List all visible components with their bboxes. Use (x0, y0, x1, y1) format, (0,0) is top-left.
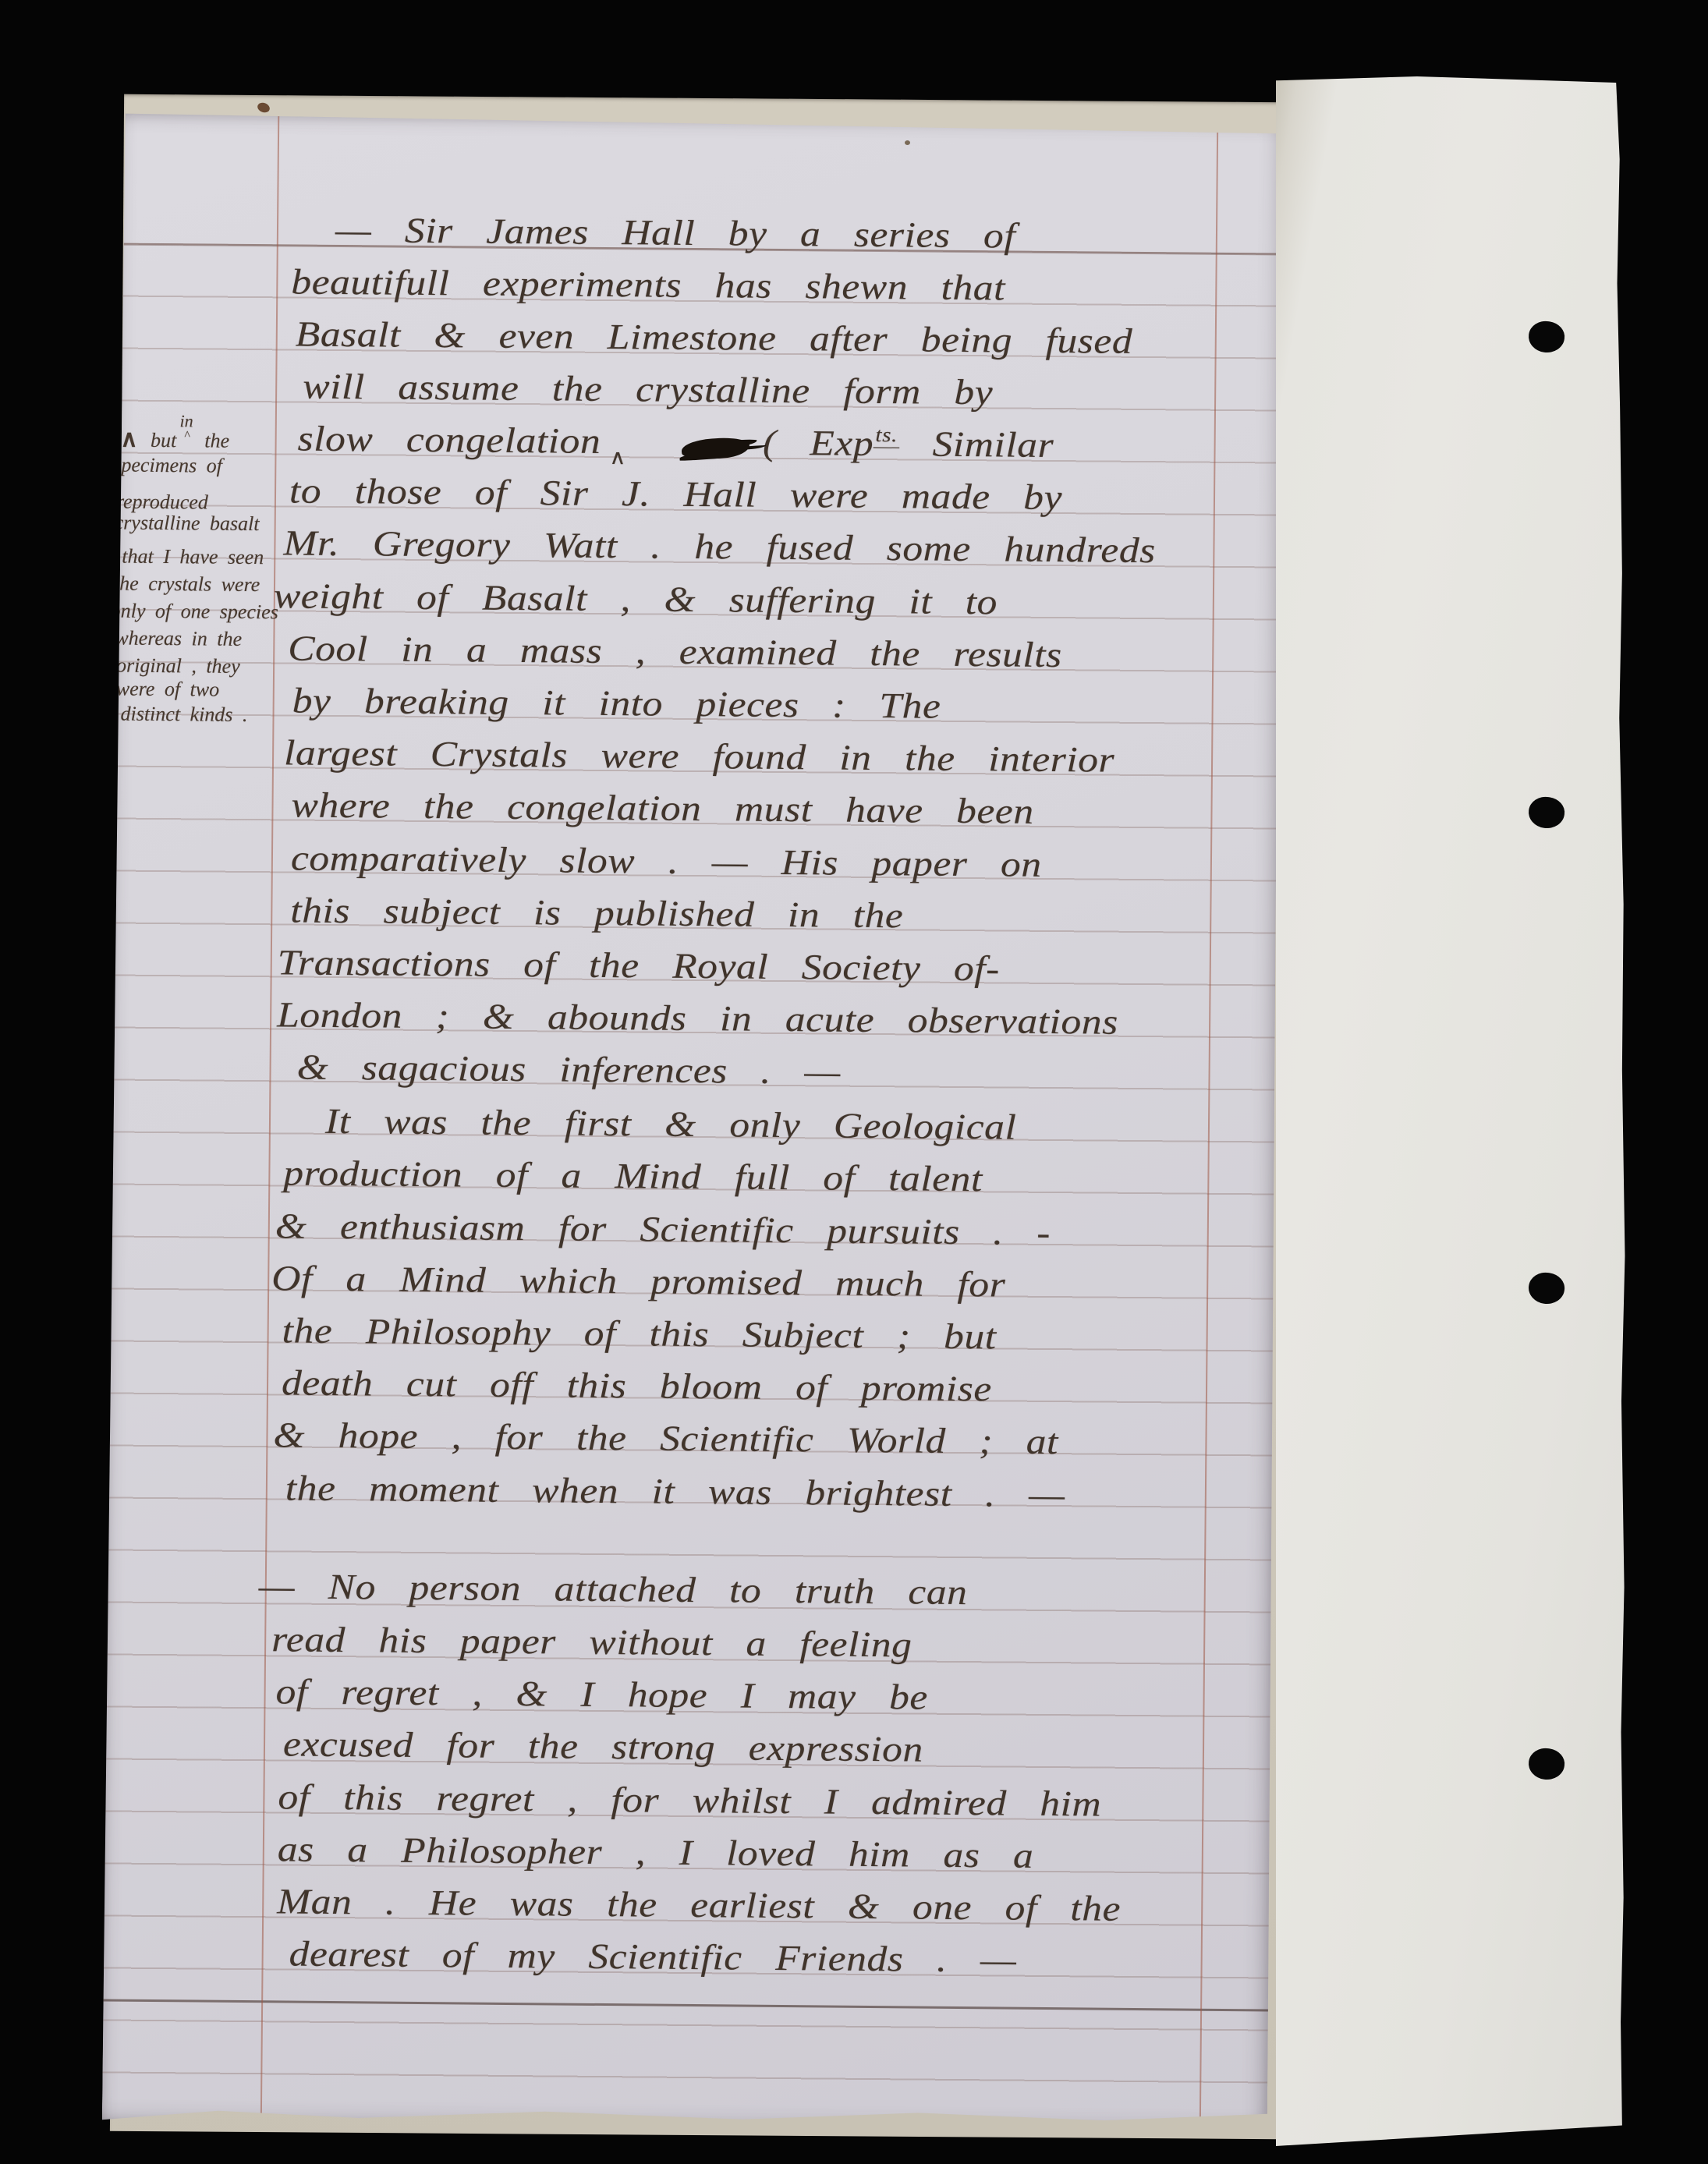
manuscript-line-13: comparatively slow . — His paper on (291, 837, 1042, 884)
superscript-abbreviation: ts. (873, 423, 899, 448)
manuscript-line-25: the moment when it was brightest . — (285, 1467, 1065, 1515)
manuscript-line-17: & sagacious inferences . — (296, 1047, 841, 1093)
insertion-caret: ∧ (609, 446, 626, 469)
manuscript-line-26: — No person attached to truth can (259, 1565, 968, 1613)
manuscript-line-24: & hope , for the Scientific World ; at (273, 1414, 1058, 1462)
manuscript-line-15: Transactions of the Royal Society of- (278, 941, 1001, 989)
manuscript-text: — Sir James Hall by a series ofbeautiful… (102, 114, 1285, 2134)
manuscript-line-14: this subject is published in the (290, 889, 903, 936)
manuscript-line-32: Man . He was the earliest & one of the (277, 1880, 1121, 1928)
manuscript-line-10: by breaking it into pieces : The (292, 679, 941, 726)
manuscript-line-33: dearest of my Scientific Friends . — (289, 1933, 1016, 1981)
manuscript-line-16: London ; & abounds in acute observations (277, 993, 1118, 1042)
manuscript-line-1: — Sir James Hall by a series of (335, 209, 1016, 257)
manuscript-line-19: production of a Mind full of talent (283, 1152, 983, 1199)
manuscript-line-21: Of a Mind which promised much for (271, 1257, 1006, 1305)
manuscript-line-20: & enthusiasm for Scientific pursuits . - (275, 1205, 1051, 1253)
manuscript-line-31: as a Philosopher , I loved him as a (278, 1828, 1034, 1875)
manuscript-line-28: of regret , & I hope I may be (275, 1670, 928, 1717)
scribbled-out-word (680, 436, 749, 461)
manuscript-line-6: to those of Sir J. Hall were made by (289, 469, 1062, 518)
punch-hole-1 (1526, 319, 1566, 355)
punch-hole-3 (1526, 1270, 1566, 1306)
manuscript-line-11: largest Crystals were found in the inter… (284, 731, 1115, 780)
side-sheet (1276, 76, 1628, 2146)
manuscript-page: ∧ butin^thespecimens ofreproducedcrystal… (102, 114, 1285, 2134)
punch-hole-4 (1526, 1746, 1566, 1782)
manuscript-line-29: excused for the strong expression (283, 1723, 923, 1769)
manuscript-line-18: It was the first & only Geological (325, 1100, 1017, 1148)
manuscript-line-30: of this regret , for whilst I admired hi… (278, 1776, 1101, 1824)
manuscript-line-7: Mr. Gregory Watt . he fused some hundred… (283, 522, 1156, 571)
manuscript-line-3: Basalt & even Limestone after being fuse… (296, 313, 1133, 362)
manuscript-line-12: where the congelation must have been (291, 784, 1034, 831)
manuscript-line-4: will assume the crystalline form by (303, 366, 993, 413)
manuscript-line-8: weight of Basalt , & suffering it to (274, 575, 998, 622)
manuscript-line-2: beautifull experiments has shewn that (291, 260, 1005, 308)
manuscript-line-22: the Philosophy of this Subject ; but (282, 1309, 997, 1357)
ink-stain (905, 140, 910, 145)
manuscript-line-9: Cool in a mass , examined the results (288, 627, 1062, 675)
manuscript-line-5: slow congelation∧( Expts. Similar (297, 418, 1054, 466)
scan-background: ∧ butin^thespecimens ofreproducedcrystal… (0, 0, 1708, 2164)
manuscript-line-23: death cut off this bloom of promise (282, 1362, 992, 1409)
manuscript-line-27: read his paper without a feeling (271, 1618, 912, 1665)
punch-hole-2 (1526, 795, 1566, 831)
